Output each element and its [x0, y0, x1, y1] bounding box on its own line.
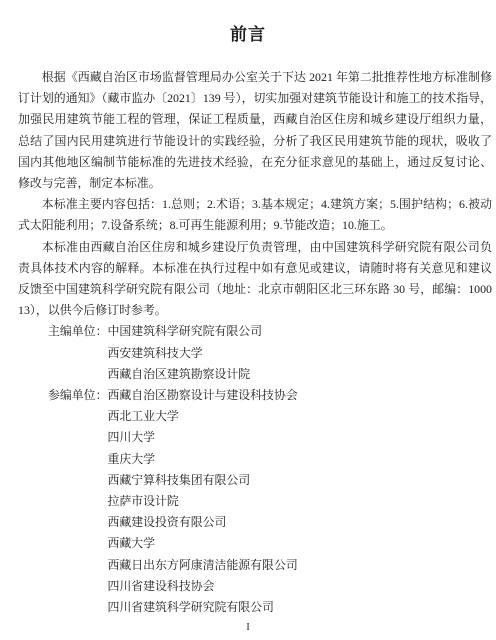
document-page: 前言 根据《西藏自治区市场监督管理局办公室关于下达 2021 年第二批推荐性地方… — [0, 0, 496, 640]
chief-editor-group: 主编单位： 中国建筑科学研究院有限公司 西安建筑科技大学 西藏自治区建筑勘察设计… — [48, 321, 492, 385]
unit-name: 西藏自治区建筑勘察设计院 — [107, 364, 492, 385]
unit-name: 中国建筑科学研究院有限公司 — [107, 321, 492, 342]
unit-name: 四川大学 — [107, 427, 492, 448]
unit-name: 西藏宁算科技集团有限公司 — [107, 470, 492, 491]
unit-name: 西藏大学 — [107, 533, 492, 554]
unit-name: 四川省建设科技协会 — [107, 576, 492, 597]
unit-name: 四川省建筑科学研究院有限公司 — [107, 597, 492, 618]
unit-name: 西北工业大学 — [107, 406, 492, 427]
page-number: I — [0, 622, 496, 634]
participating-editor-label: 参编单位： — [48, 385, 107, 406]
unit-name: 拉萨市设计院 — [107, 491, 492, 512]
chief-editor-label: 主编单位： — [48, 321, 107, 342]
unit-name: 西安建筑科技大学 — [107, 343, 492, 364]
document-body: 根据《西藏自治区市场监督管理局办公室关于下达 2021 年第二批推荐性地方标准制… — [18, 67, 492, 618]
unit-name: 西藏自治区勘察设计与建设科技协会 — [107, 385, 492, 406]
participating-editor-units: 西藏自治区勘察设计与建设科技协会 西北工业大学 四川大学 重庆大学 西藏宁算科技… — [107, 385, 492, 618]
paragraph-basis: 根据《西藏自治区市场监督管理局办公室关于下达 2021 年第二批推荐性地方标准制… — [18, 67, 492, 194]
participating-editor-group: 参编单位： 西藏自治区勘察设计与建设科技协会 西北工业大学 四川大学 重庆大学 … — [48, 385, 492, 618]
unit-name: 西藏建设投资有限公司 — [107, 512, 492, 533]
chief-editor-units: 中国建筑科学研究院有限公司 西安建筑科技大学 西藏自治区建筑勘察设计院 — [107, 321, 492, 385]
paragraph-contents: 本标准主要内容包括：1.总则；2.术语；3.基本规定；4.建筑方案；5.围护结构… — [18, 194, 492, 236]
unit-name: 西藏日出东方阿康清洁能源有限公司 — [107, 555, 492, 576]
unit-name: 重庆大学 — [107, 449, 492, 470]
paragraph-management: 本标准由西藏自治区住房和城乡建设厅负责管理，由中国建筑科学研究院有限公司负责具体… — [18, 237, 492, 322]
page-title: 前言 — [0, 0, 496, 45]
